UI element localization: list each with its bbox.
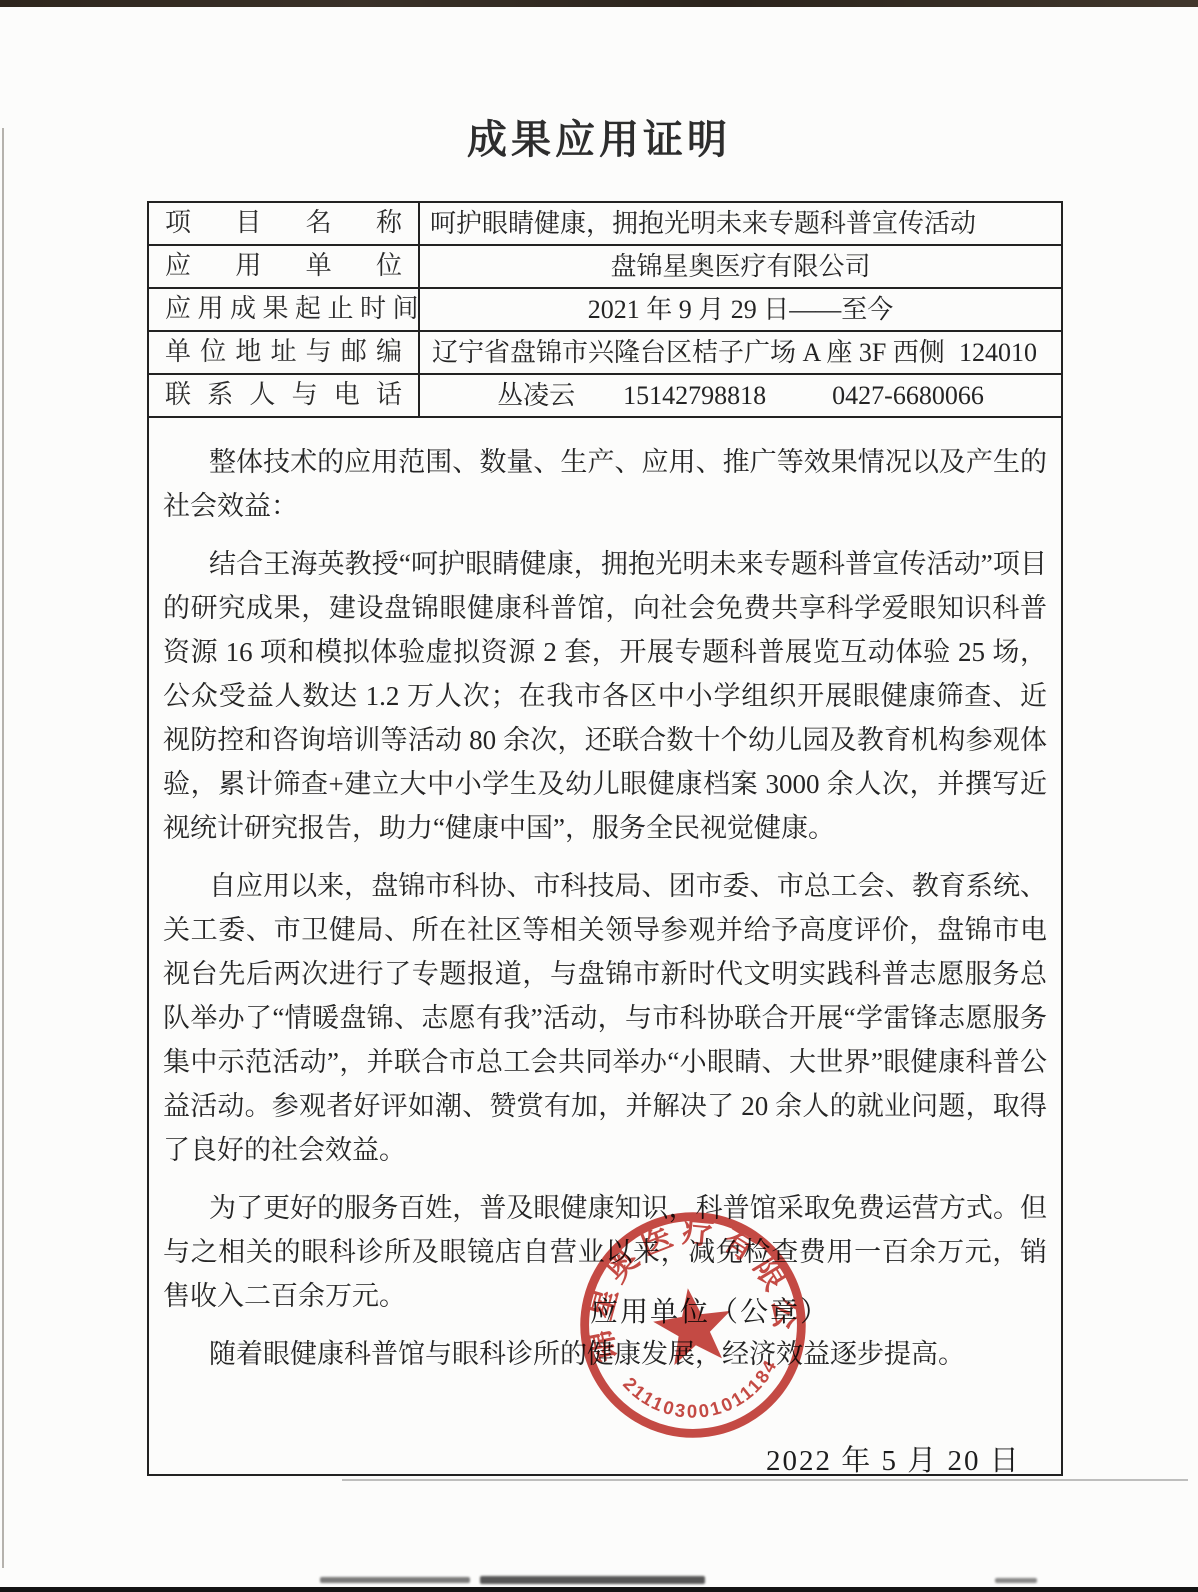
- document-page: 成果应用证明 项 目 名 称 呵护眼睛健康，拥抱光明未来专题科普宣传活动 应 用…: [0, 0, 1198, 1592]
- row-label: 单 位 地 址 与 邮 编: [149, 332, 420, 373]
- scan-smudge: [480, 1576, 705, 1584]
- row-label: 项 目 名 称: [149, 203, 420, 244]
- page-title: 成果应用证明: [0, 108, 1198, 165]
- scan-edge-left: [2, 128, 4, 1568]
- table-row-address-postcode: 单 位 地 址 与 邮 编 辽宁省盘锦市兴隆台区桔子广场 A 座 3F 西侧 1…: [149, 332, 1061, 375]
- info-table: 项 目 名 称 呵护眼睛健康，拥抱光明未来专题科普宣传活动 应 用 单 位 盘锦…: [149, 203, 1061, 418]
- postcode: 124010: [959, 333, 1037, 373]
- contact-mobile: 15142798818: [623, 376, 766, 416]
- row-value: 丛凌云 15142798818 0427-6680066: [420, 375, 1061, 416]
- paragraph-social-impact: 自应用以来，盘锦市科协、市科技局、团市委、市总工会、教育系统、关工委、市卫健局、…: [163, 864, 1047, 1172]
- scan-edge-bottom: [0, 1587, 1198, 1592]
- contact-office-phone: 0427-6680066: [832, 376, 984, 416]
- paragraph-intro: 整体技术的应用范围、数量、生产、应用、推广等效果情况以及产生的社会效益：: [163, 440, 1047, 528]
- row-value: 2021 年 9 月 29 日——至今: [420, 289, 1061, 330]
- scan-smudge: [995, 1578, 1037, 1583]
- scan-edge-top: [0, 0, 1198, 7]
- document-date: 2022 年 5 月 20 日: [766, 1438, 1021, 1479]
- scan-shadow-line: [342, 1479, 1188, 1481]
- row-label: 联 系 人 与 电 话: [149, 375, 420, 416]
- scan-smudge: [320, 1577, 470, 1583]
- row-label: 应 用 单 位: [149, 246, 420, 287]
- table-row-applying-unit: 应 用 单 位 盘锦星奥医疗有限公司: [149, 246, 1061, 289]
- contact-name: 丛凌云: [497, 376, 575, 416]
- table-row-application-period: 应 用 成 果 起 止 时 间 2021 年 9 月 29 日——至今: [149, 289, 1061, 332]
- paragraph-achievements: 结合王海英教授“呵护眼睛健康，拥抱光明未来专题科普宣传活动”项目的研究成果，建设…: [163, 542, 1047, 850]
- row-value: 呵护眼睛健康，拥抱光明未来专题科普宣传活动: [420, 203, 1061, 244]
- seal-star-icon: [649, 1283, 736, 1367]
- row-label: 应 用 成 果 起 止 时 间: [149, 289, 420, 330]
- row-value: 盘锦星奥医疗有限公司: [420, 246, 1061, 287]
- table-row-contact-phone: 联 系 人 与 电 话 丛凌云 15142798818 0427-6680066: [149, 375, 1061, 418]
- row-value: 辽宁省盘锦市兴隆台区桔子广场 A 座 3F 西侧 124010: [420, 332, 1061, 373]
- unit-address: 辽宁省盘锦市兴隆台区桔子广场 A 座 3F 西侧: [432, 333, 945, 373]
- company-seal: 盘锦星奥医疗有限公司 211103001011184: [555, 1187, 831, 1463]
- table-row-project-name: 项 目 名 称 呵护眼睛健康，拥抱光明未来专题科普宣传活动: [149, 203, 1061, 246]
